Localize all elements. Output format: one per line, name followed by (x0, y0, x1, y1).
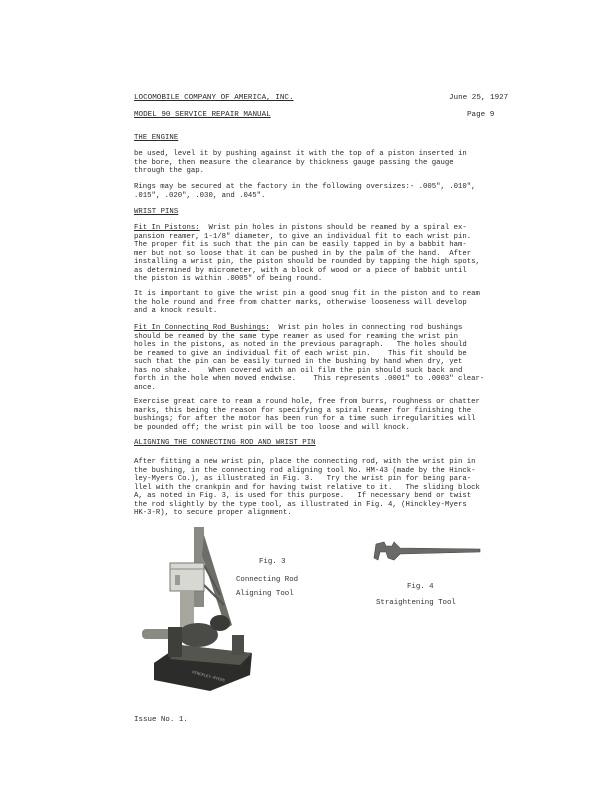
aligning-paragraph: After fitting a new wrist pin, place the… (134, 458, 524, 518)
fig3-caption-line1: Connecting Rod (236, 574, 298, 587)
fig3-caption-line2: Aligning Tool (236, 588, 294, 601)
section-heading-aligning: ALIGNING THE CONNECTING ROD AND WRIST PI… (134, 439, 316, 448)
fig3-label: Fig. 3 (259, 556, 286, 569)
fit-in-pistons-label: Fit In Pistons: (134, 224, 200, 232)
straightening-tool-image (372, 540, 482, 564)
fit-in-bushings-label: Fit In Connecting Rod Bushings: (134, 324, 270, 332)
exercise-care-paragraph: Exercise great care to ream a round hole… (134, 398, 524, 432)
issue-number: Issue No. 1. (134, 716, 188, 725)
company-name: LOCOMOBILE COMPANY OF AMERICA, INC. (134, 94, 294, 102)
fit-in-bushings-paragraph: Fit In Connecting Rod Bushings: Wrist pi… (134, 324, 524, 392)
fit-in-pistons-paragraph: Fit In Pistons: Wrist pin holes in pisto… (134, 224, 524, 284)
engine-paragraph-1: be used, level it by pushing against it … (134, 150, 524, 176)
engine-paragraph-rings: Rings may be secured at the factory in t… (134, 183, 524, 200)
section-heading-engine: THE ENGINE (134, 134, 178, 143)
manual-title: MODEL 90 SERVICE REPAIR MANUAL (134, 111, 271, 119)
section-heading-wrist-pins: WRIST PINS (134, 208, 178, 217)
fig4-caption: Straightening Tool (376, 597, 456, 610)
connecting-rod-aligning-tool-image: HINCKLEY-MYERS (140, 525, 260, 695)
document-date: June 25, 1927 (449, 94, 508, 102)
fig4-label: Fig. 4 (407, 581, 434, 594)
page-number: Page 9 (467, 111, 494, 119)
snug-fit-paragraph: It is important to give the wrist pin a … (134, 290, 524, 316)
